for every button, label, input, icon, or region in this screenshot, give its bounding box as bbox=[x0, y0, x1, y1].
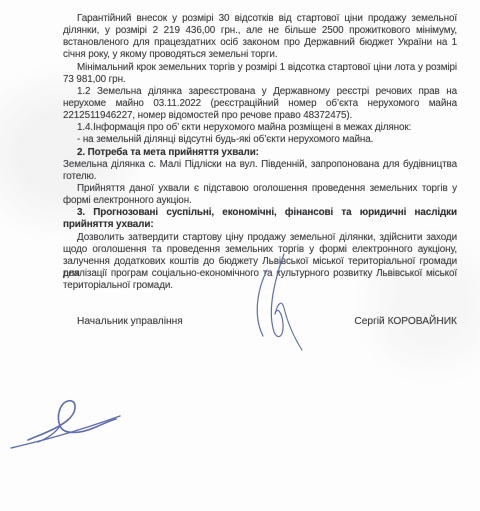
signoff-row: Начальник управління Сергій КОРОВАЙНИК bbox=[63, 316, 457, 327]
document-line: Дозволить затвердити стартову ціну прода… bbox=[63, 232, 457, 244]
document-line: ділянки, у розмірі 2 219 436,00 грн., ал… bbox=[63, 25, 457, 37]
document-line: Гарантійний внесок у розмірі 30 відсоткі… bbox=[63, 13, 457, 25]
scanned-document-page: Гарантійний внесок у розмірі 30 відсоткі… bbox=[0, 0, 480, 511]
document-line: Мінімальний крок земельних торгів у розм… bbox=[63, 62, 457, 74]
signoff-name: Сергій КОРОВАЙНИК bbox=[354, 316, 457, 327]
section-heading-2: 2. Потреба та мета прийняття ухвали: bbox=[63, 147, 457, 159]
document-line: - на земельній ділянці відсутні будь-які… bbox=[63, 134, 457, 146]
document-line: щодо оголошення та проведення земельних … bbox=[63, 244, 457, 256]
signature-scribble-bottom-left bbox=[8, 392, 128, 456]
document-line: встановленого для працездатних осіб зако… bbox=[63, 37, 457, 49]
document-line: Прийняття даної ухвали є підставою оголо… bbox=[63, 183, 457, 195]
document-line: Земельна ділянка с. Малі Підліски на вул… bbox=[63, 159, 457, 171]
document-line: залучення додаткових коштів до бюджету Л… bbox=[63, 256, 457, 268]
document-line: 1.2 Земельна ділянка зареєстрована у Дер… bbox=[63, 86, 457, 98]
document-line: нерухоме майно 03.11.2022 (реєстраційний… bbox=[63, 98, 457, 110]
section-heading-3: 3. Прогнозовані суспільні, економічні, ф… bbox=[63, 207, 457, 219]
document-text-block: Гарантійний внесок у розмірі 30 відсоткі… bbox=[63, 13, 457, 292]
signoff-position-title: Начальник управління bbox=[63, 316, 183, 327]
document-line: 1.4.Інформація про об’ єкти нерухомого м… bbox=[63, 122, 457, 134]
document-line: реалізації програм соціально-економічног… bbox=[63, 268, 457, 280]
